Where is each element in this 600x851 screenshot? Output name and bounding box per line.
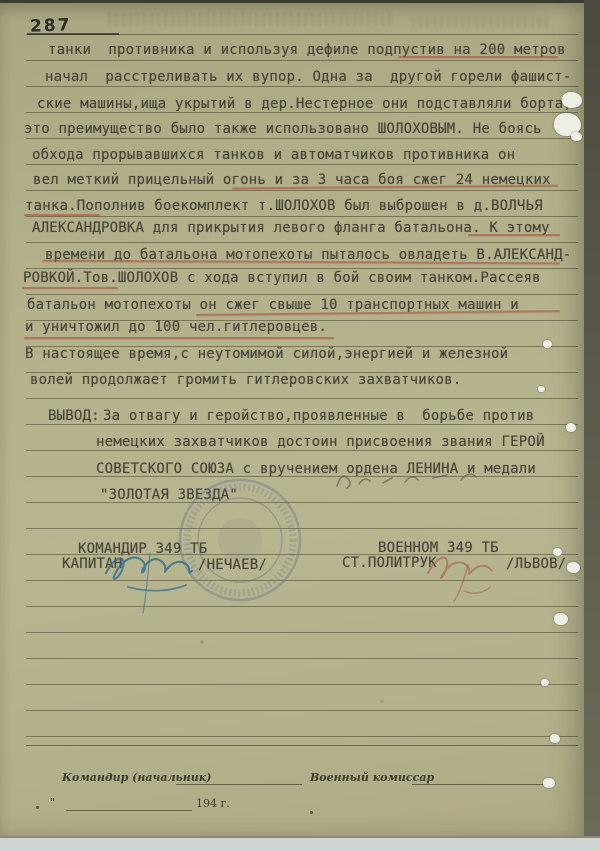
footer-year: 194 г. [196,797,230,810]
paper-hole [550,734,560,743]
body-line: обхода прорывавшихся танков и автоматчик… [32,147,515,163]
paper-hole [538,386,545,392]
document-scan: { "page": { "number": "287" }, "body": {… [0,0,600,851]
ruled-lines [26,34,578,748]
body-line: и уничтожил до 100 чел.гитлеровцев. [25,319,327,335]
paper-hole [566,423,576,432]
paper-hole [543,778,555,788]
footer-commissar-label: Военный комиссар [310,771,434,784]
conclusion-line: немецких захватчиков достоин присвоения … [96,434,545,450]
signature-ink-nechaev [98,545,218,615]
conclusion-line: За отвагу и геройство,проявленные в борь… [103,408,534,424]
paper-hole [543,340,552,348]
paper-hole [571,132,582,141]
footer-rule [26,745,578,746]
body-line: начал расстреливать их вупор. Одна за др… [45,69,571,85]
foxing-spot [200,640,204,644]
ink-dot [310,811,313,814]
red-underline-mark [24,214,100,216]
body-line: танка.Пополнив боекомплект т.ШОЛОХОВ был… [25,198,543,214]
paper-hole [541,679,549,686]
footer-line [176,784,302,785]
scan-edge-right [584,0,600,838]
body-line: В настоящее время,с неутомимой силой,эне… [25,346,508,362]
bleedthrough-text [108,12,394,26]
red-underline-mark [398,56,558,58]
pencil-annotation [325,462,495,496]
foxing-spot [478,252,481,255]
scan-edge-top [0,0,600,3]
body-line: волей продолжает громить гитлеровских за… [30,372,461,388]
signature-ink-lvov [420,545,520,605]
paper-hole [567,562,580,573]
paper-hole [553,548,562,556]
conclusion-label: ВЫВОД: [48,408,100,424]
red-underline-mark [22,287,118,289]
paper-hole [562,92,582,108]
body-line: это преимущество было также использовано… [24,121,542,137]
foxing-spot [380,700,384,703]
footer-quote-mark: " [50,796,55,809]
footer-date-line [66,810,192,811]
footer-commander-label: Командир (начальник) [62,771,211,784]
ink-dot [36,806,39,809]
scan-edge-bottom [0,836,600,851]
footer-line [412,784,548,785]
page-number-underline [27,33,119,35]
body-line: ские машины,ища укрытий в дер.Нестерное … [37,96,572,112]
paper-hole [554,613,568,625]
bleedthrough-text [412,16,552,28]
red-underline-mark [468,234,560,236]
red-underline-mark [24,337,334,339]
body-line: РОВКОЙ.Тов.ШОЛОХОВ с хода вступил в бой … [23,270,541,286]
